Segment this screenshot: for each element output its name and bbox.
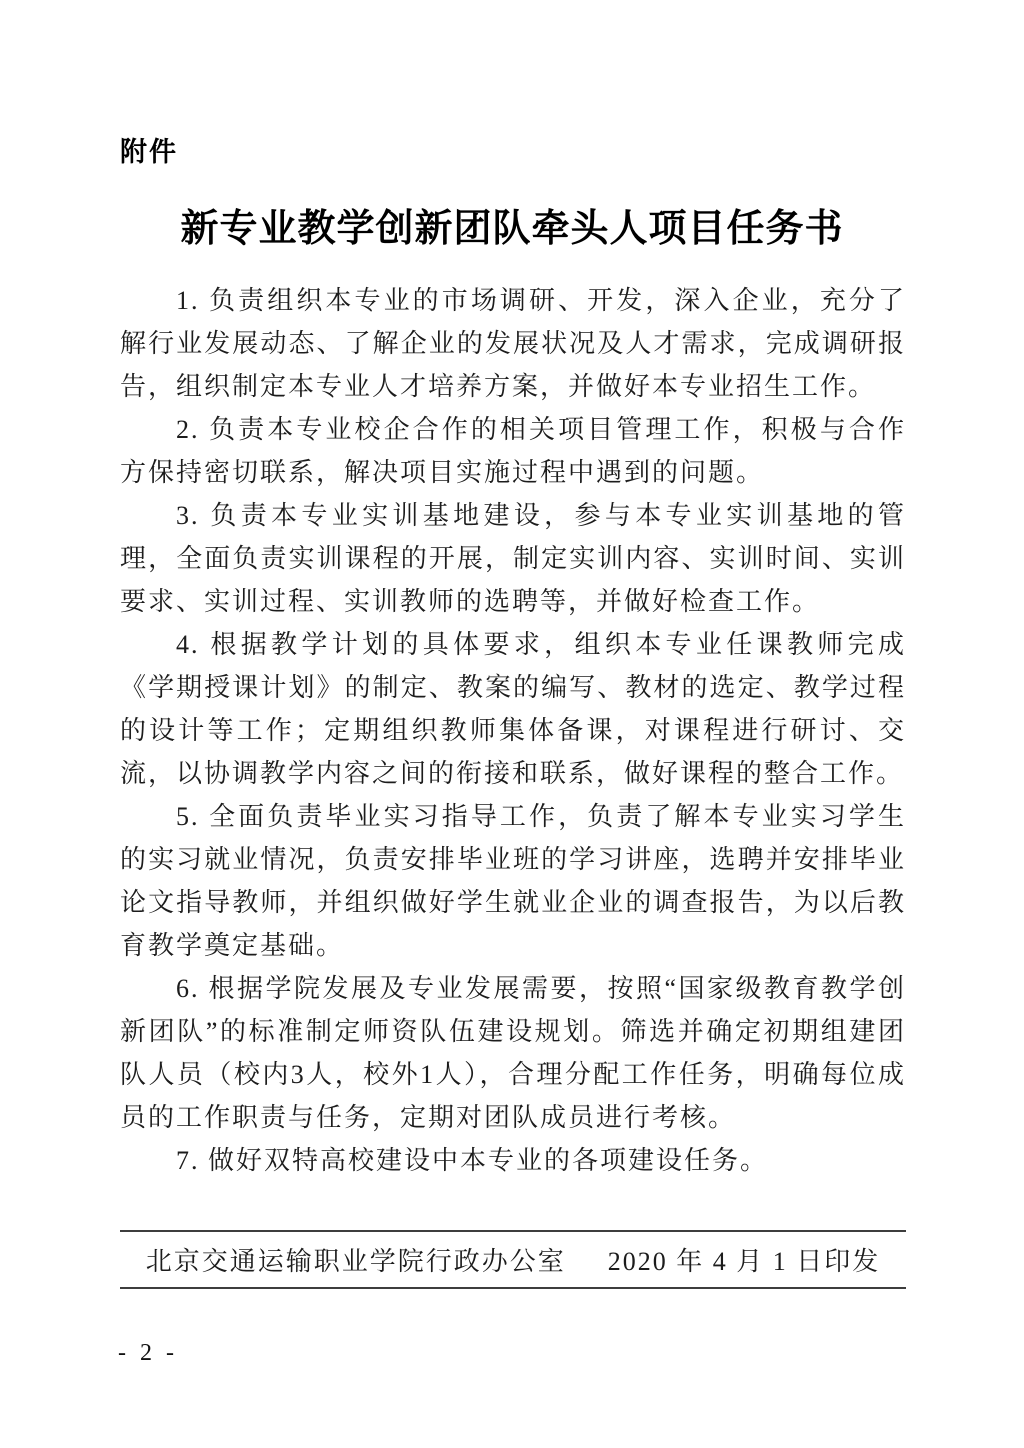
footer-block: 北京交通运输职业学院行政办公室 2020 年 4 月 1 日印发 <box>120 1230 906 1289</box>
footer-row: 北京交通运输职业学院行政办公室 2020 年 4 月 1 日印发 <box>120 1232 906 1287</box>
paragraph-5: 5. 全面负责毕业实习指导工作，负责了解本专业实习学生的实习就业情况，负责安排毕… <box>120 795 906 967</box>
page-number: - 2 - <box>118 1340 178 1367</box>
footer-print-date: 2020 年 4 月 1 日印发 <box>608 1241 881 1278</box>
paragraph-2: 2. 负责本专业校企合作的相关项目管理工作，积极与合作方保持密切联系，解决项目实… <box>120 408 906 494</box>
paragraph-3: 3. 负责本专业实训基地建设，参与本专业实训基地的管理，全面负责实训课程的开展，… <box>120 494 906 623</box>
paragraph-4: 4. 根据教学计划的具体要求，组织本专业任课教师完成《学期授课计划》的制定、教案… <box>120 623 906 795</box>
paragraph-7: 7. 做好双特高校建设中本专业的各项建设任务。 <box>120 1139 906 1182</box>
paragraph-6: 6. 根据学院发展及专业发展需要，按照“国家级教育教学创新团队”的标准制定师资队… <box>120 967 906 1139</box>
document-title: 新专业教学创新团队牵头人项目任务书 <box>0 197 1024 252</box>
footer-rule-bottom <box>120 1287 906 1289</box>
document-page: 附件 新专业教学创新团队牵头人项目任务书 1. 负责组织本专业的市场调研、开发，… <box>0 0 1024 1448</box>
footer-issuer: 北京交通运输职业学院行政办公室 <box>146 1241 566 1278</box>
attachment-label: 附件 <box>120 130 178 169</box>
paragraph-1: 1. 负责组织本专业的市场调研、开发，深入企业，充分了解行业发展动态、了解企业的… <box>120 279 906 408</box>
document-body: 1. 负责组织本专业的市场调研、开发，深入企业，充分了解行业发展动态、了解企业的… <box>120 279 906 1182</box>
